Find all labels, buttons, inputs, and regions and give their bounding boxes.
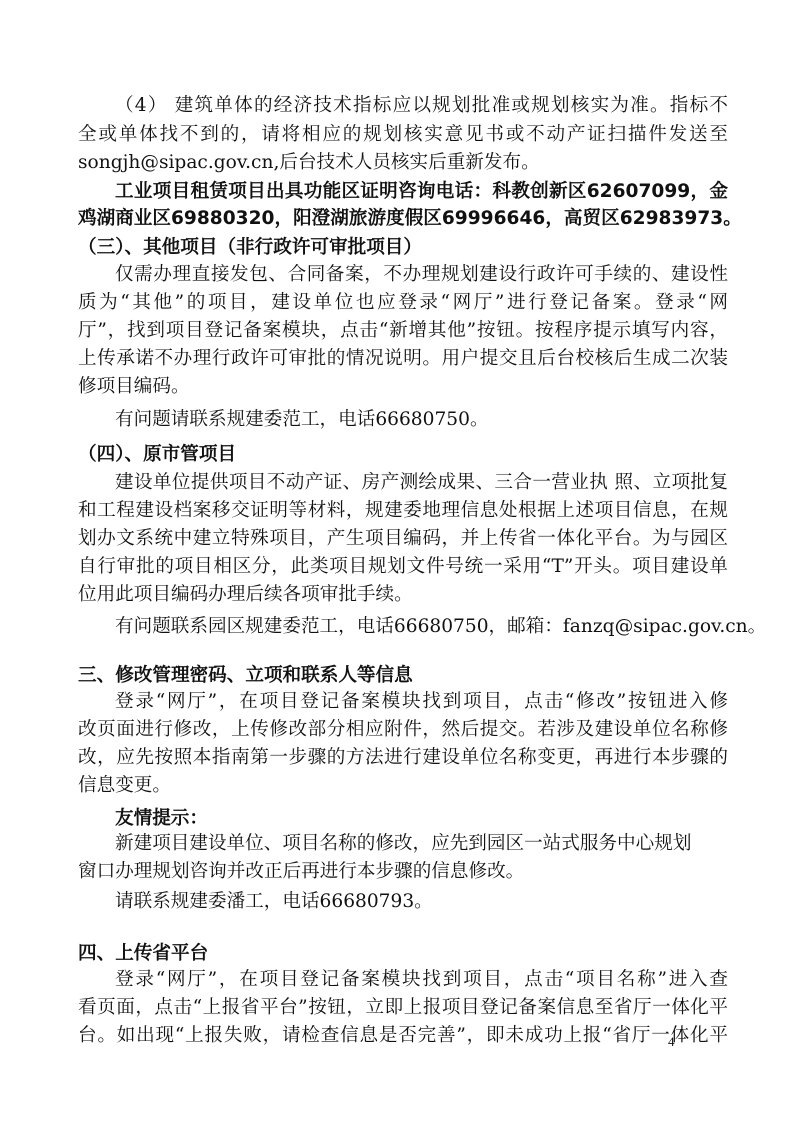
paragraph-line: 划办文系统中建立特殊项目，产生项目编码，并上传省一体化平台。为与园区 bbox=[78, 525, 728, 553]
paragraph-line: 自行审批的项目相区分，此类项目规划文件号统一采用“T”开头。项目建设单 bbox=[78, 553, 728, 581]
paragraph-line: （4） 建筑单体的经济技术指标应以规划批准或规划核实为准。指标不 bbox=[78, 92, 728, 120]
contact-line: 有问题请联系规建委范工，电话66680750。 bbox=[78, 406, 489, 434]
paragraph-line: 登录“网厅”，在项目登记备案模块找到项目，点击“修改”按钮进入修 bbox=[78, 688, 728, 716]
paragraph-line: 上传承诺不办理行政许可审批的情况说明。用户提交且后台校核后生成二次装 bbox=[78, 345, 728, 373]
section-heading-modify-info: 三、修改管理密码、立项和联系人等信息 bbox=[78, 662, 413, 690]
paragraph-line: 质为“其他”的项目，建设单位也应登录“网厅”进行登记备案。登录“网 bbox=[78, 289, 728, 317]
paragraph-line: 改页面进行修改，上传修改部分相应附件，然后提交。若涉及建设单位名称修 bbox=[78, 716, 728, 744]
paragraph-line: 修项目编码。 bbox=[78, 373, 190, 401]
contact-line: 有问题联系园区规建委范工，电话66680750，邮箱：fanzq@sipac.g… bbox=[78, 613, 766, 641]
contact-line: 请联系规建委潘工，电话66680793。 bbox=[78, 888, 433, 916]
phone-notice-line: 工业项目租赁项目出具功能区证明咨询电话：科教创新区62607099，金 bbox=[78, 178, 728, 206]
section-heading-former-city-projects: （四）、原市管项目 bbox=[78, 441, 236, 469]
paragraph-line: 厅”，找到项目登记备案模块，点击“新增其他”按钮。按程序提示填写内容， bbox=[78, 317, 728, 345]
phone-notice-line: 鸡湖商业区69880320，阳澄湖旅游度假区69996646，高贸区629839… bbox=[78, 205, 742, 233]
tip-line: 新建项目建设单位、项目名称的修改，应先到园区一站式服务中心规划 bbox=[78, 830, 691, 858]
paragraph-line: 信息变更。 bbox=[78, 772, 171, 800]
paragraph-line: 和工程建设档案移交证明等材料，规建委地理信息处根据上述项目信息，在规 bbox=[78, 497, 728, 525]
paragraph-line: 登录“网厅”，在项目登记备案模块找到项目，点击“项目名称”进入查 bbox=[78, 966, 728, 994]
tip-heading: 友情提示： bbox=[78, 805, 208, 833]
section-heading-other-projects: （三）、其他项目（非行政许可审批项目） bbox=[78, 234, 422, 262]
paragraph-line: 看页面，点击“上报省平台”按钮，立即上报项目登记备案信息至省厅一体化平 bbox=[78, 994, 728, 1022]
section-heading-upload-provincial-platform: 四、上传省平台 bbox=[78, 940, 208, 968]
paragraph-line: 改，应先按照本指南第一步骤的方法进行建设单位名称变更，再进行本步骤的 bbox=[78, 744, 728, 772]
email-line: songjh@sipac.gov.cn,后台技术人员核实后重新发布。 bbox=[78, 149, 540, 177]
tip-line: 窗口办理规划咨询并改正后再进行本步骤的信息修改。 bbox=[78, 858, 524, 886]
paragraph-line: 全或单体找不到的，请将相应的规划核实意见书或不动产证扫描件发送至 bbox=[78, 121, 728, 149]
paragraph-line: 建设单位提供项目不动产证、房产测绘成果、三合一营业执 照、立项批复 bbox=[78, 469, 728, 497]
paragraph-line: 仅需办理直接发包、合同备案，不办理规划建设行政许可手续的、建设性 bbox=[78, 261, 728, 289]
page-number: 4 bbox=[668, 1034, 675, 1050]
paragraph-line: 位用此项目编码办理后续各项审批手续。 bbox=[78, 581, 413, 609]
paragraph-line: 台。如出现“上报失败，请检查信息是否完善”，即未成功上报“省厅一体化平 bbox=[78, 1022, 728, 1050]
